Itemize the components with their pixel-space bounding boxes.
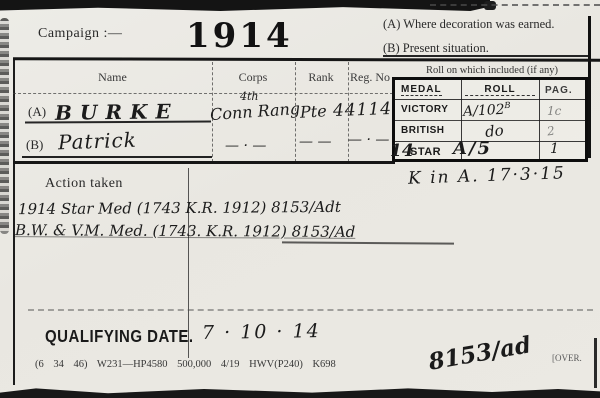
scan-artifact-top-dashes bbox=[430, 4, 600, 6]
medal-row-british-page: 2 bbox=[546, 124, 556, 139]
medal-roll-box: MEDAL ROLL PAG. VICTORY A/102B 1c BRITIS… bbox=[392, 77, 588, 162]
card-right-border-bottom bbox=[594, 338, 597, 388]
scan-artifact-top-band bbox=[0, 0, 490, 11]
medal-row-victory-roll: A/102B bbox=[463, 100, 512, 120]
medal-box-header-medal: MEDAL bbox=[401, 84, 442, 96]
action-taken-label: Action taken bbox=[45, 176, 123, 192]
medal-row-star-page: 1 bbox=[550, 141, 559, 157]
row-a-prefix: (A) bbox=[28, 104, 46, 120]
medal-row-star-label: STAR bbox=[410, 146, 441, 158]
row-a-reg-no: 44114 bbox=[333, 99, 393, 121]
header-row-divider bbox=[13, 93, 393, 94]
table-bottom-rule bbox=[13, 161, 395, 164]
medal-index-card: Campaign :— 1914 (A) Where decoration wa… bbox=[0, 0, 600, 398]
casualty-note: K in A. 17·3·15 bbox=[408, 163, 566, 188]
campaign-label: Campaign :— bbox=[38, 26, 122, 42]
row-b-corps: — · — bbox=[225, 138, 266, 154]
row-b-underline bbox=[22, 156, 212, 158]
row-b-prefix: (B) bbox=[26, 137, 43, 153]
qualifying-date-label: QUALIFYING DATE. bbox=[45, 327, 194, 347]
note-b-underline bbox=[383, 55, 588, 57]
medal-row-victory-page: 1c bbox=[547, 104, 561, 118]
row-b-name: Patrick bbox=[58, 128, 138, 155]
scan-artifact-bottom-band bbox=[0, 386, 600, 398]
note-b: (B) Present situation. bbox=[383, 41, 489, 56]
action-line-2-flourish bbox=[282, 241, 454, 244]
note-a: (A) Where decoration was earned. bbox=[383, 17, 555, 32]
scan-artifact-left-smudge bbox=[0, 18, 9, 234]
column-header-name: Name bbox=[60, 70, 165, 85]
row-a-rank: Pte bbox=[300, 101, 328, 121]
campaign-year: 1914 bbox=[186, 16, 293, 56]
medal-row-star-roll: A/5 bbox=[453, 138, 492, 159]
row-b-rank: — — bbox=[299, 134, 331, 150]
medal-box-divider-h2 bbox=[395, 120, 585, 121]
column-header-corps: Corps bbox=[213, 70, 293, 85]
reference-scribble: 8153/ad bbox=[426, 331, 533, 376]
column-header-reg-no: Reg. No bbox=[350, 70, 394, 85]
action-line-1: 1914 Star Med (1743 K.R. 1912) 8153/Adt bbox=[18, 198, 341, 218]
print-code: (6 34 46) W231—HP4580 500,000 4/19 HWV(P… bbox=[35, 359, 336, 370]
row-a-corps: Conn Rang bbox=[209, 99, 300, 124]
victory-roll-sup: B bbox=[504, 100, 511, 110]
medal-box-header-roll: ROLL bbox=[465, 84, 535, 96]
qualifying-date-value: 7 · 10 · 14 bbox=[202, 320, 321, 344]
lower-section-rule bbox=[28, 309, 593, 311]
row-b-reg-no: — · — bbox=[348, 132, 389, 148]
victory-roll-value: A/102 bbox=[463, 102, 505, 120]
medal-row-british-label: BRITISH bbox=[401, 125, 445, 136]
over-label: [OVER. bbox=[552, 353, 582, 363]
column-header-roll: Roll on which included (if any) bbox=[398, 65, 586, 76]
column-header-rank: Rank bbox=[296, 70, 346, 85]
header-rule bbox=[13, 57, 600, 62]
action-line-2: B.W. & V.M. Med. (1743. K.R. 1912) 8153/… bbox=[15, 221, 355, 241]
medal-row-victory-label: VICTORY bbox=[401, 104, 448, 115]
medal-box-header-page: PAG. bbox=[545, 85, 573, 96]
card-right-border-top bbox=[588, 16, 591, 158]
